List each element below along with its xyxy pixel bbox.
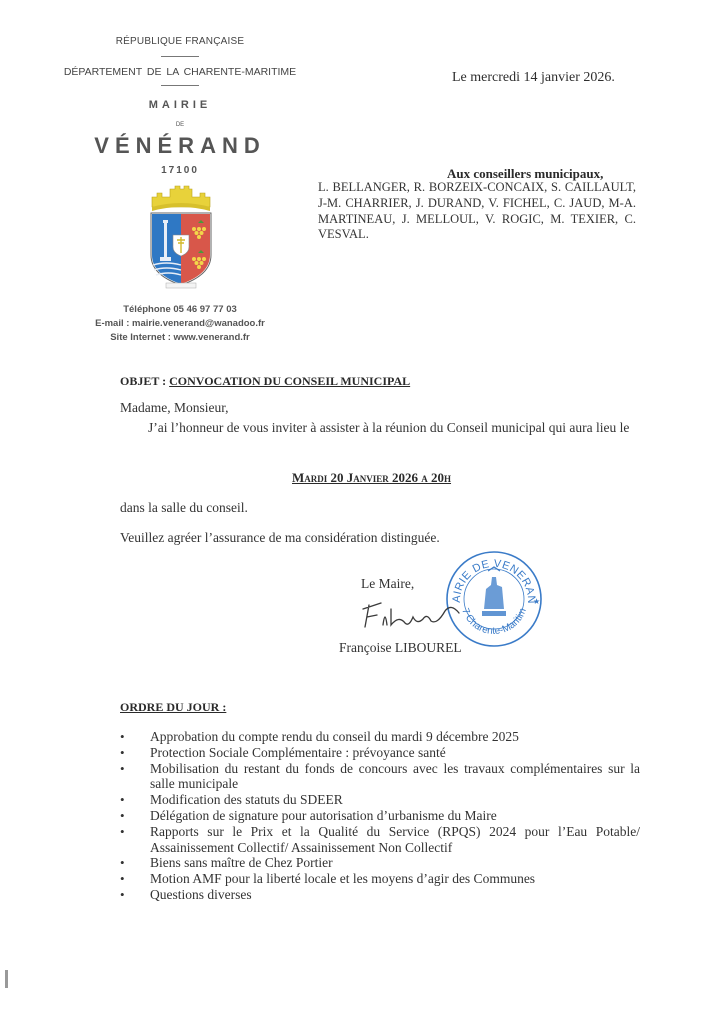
divider: [161, 56, 199, 57]
closing-formula: Veuillez agréer l’assurance de ma consid…: [120, 530, 440, 546]
agenda-item: Rapports sur le Prix et la Qualité du Se…: [120, 824, 640, 856]
salutation: Madame, Monsieur,: [120, 400, 229, 416]
svg-text:★: ★: [533, 597, 540, 606]
subject-label: OBJET :: [120, 374, 169, 388]
agenda-item: Biens sans maître de Chez Portier: [120, 855, 640, 871]
signatory-title: Le Maire,: [361, 576, 414, 592]
agenda-item: Modification des statuts du SDEER: [120, 792, 640, 808]
town-name: VÉNÉRAND: [50, 133, 310, 159]
agenda-item: Approbation du compte rendu du conseil d…: [120, 729, 640, 745]
scan-mark: [5, 970, 8, 988]
agenda-item: Délégation de signature pour autorisatio…: [120, 808, 640, 824]
divider: [161, 85, 199, 86]
agenda-item: Questions diverses: [120, 887, 640, 903]
postal-code: 17100: [50, 165, 310, 176]
handwritten-signature: [355, 595, 475, 635]
subject-value: CONVOCATION DU CONSEIL MUNICIPAL: [169, 374, 410, 388]
letter-date: Le mercredi 14 janvier 2026.: [452, 70, 615, 86]
subject-line: OBJET : CONVOCATION DU CONSEIL MUNICIPAL: [120, 374, 410, 389]
invitation-text: J’ai l’honneur de vous inviter à assiste…: [148, 420, 629, 436]
agenda-list: Approbation du compte rendu du conseil d…: [120, 729, 640, 903]
phone-number: Téléphone 05 46 97 77 03: [50, 303, 310, 317]
website: Site Internet : www.venerand.fr: [50, 331, 310, 345]
meeting-location: dans la salle du conseil.: [120, 500, 248, 516]
contact-block: Téléphone 05 46 97 77 03 E-mail : mairie…: [50, 303, 310, 345]
coat-of-arms-icon: [146, 183, 216, 289]
de-label: DE: [50, 122, 310, 128]
agenda-item: Mobilisation du restant du fonds de conc…: [120, 761, 640, 793]
agenda-title: ORDRE DU JOUR :: [120, 700, 226, 715]
signatory-name: Françoise LIBOUREL: [339, 640, 462, 656]
agenda-item: Motion AMF pour la liberté locale et les…: [120, 871, 640, 887]
agenda-item: Protection Sociale Complémentaire : prév…: [120, 745, 640, 761]
republic-heading: RÉPUBLIQUE FRANÇAISE: [50, 36, 310, 47]
meeting-datetime: Mardi 20 Janvier 2026 a 20h: [292, 470, 451, 486]
email-address: E-mail : mairie.venerand@wanadoo.fr: [50, 317, 310, 331]
department-heading: DÉPARTEMENT DE LA CHARENTE-MARITIME: [50, 66, 310, 78]
recipients-names: L. BELLANGER, R. BORZEIX-CONCAIX, S. CAI…: [318, 180, 636, 243]
mairie-heading: MAIRIE: [50, 99, 310, 111]
